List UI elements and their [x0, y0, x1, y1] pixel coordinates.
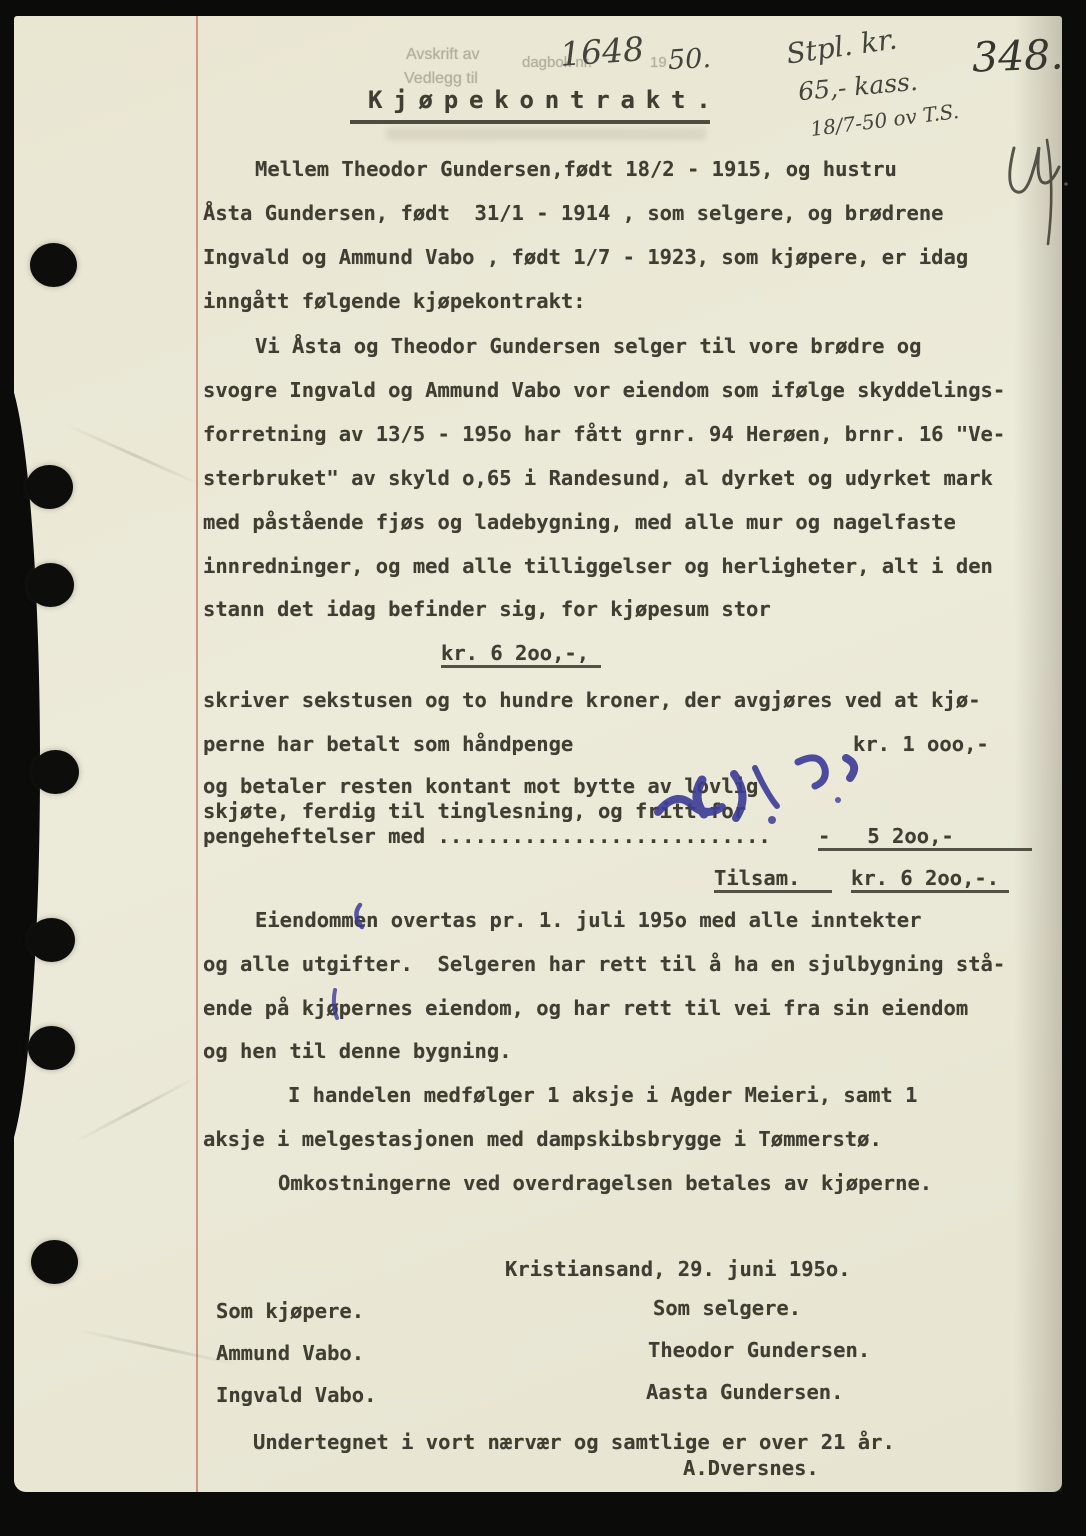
blue-ink-smudge — [348, 902, 370, 930]
body-line: ende på kjøpernes eiendom, og har rett t… — [203, 996, 968, 1020]
body-line: stann det idag befinder sig, for kjøpesu… — [203, 597, 771, 621]
hole-punch — [32, 750, 79, 794]
witness-signature: A.Dversnes. — [683, 1456, 819, 1480]
hole-punch — [28, 1026, 75, 1070]
body-line: aksje i melgestasjonen med dampskibsbryg… — [203, 1127, 882, 1151]
margin-line — [196, 16, 198, 1492]
journal-year-handwritten: 50. — [667, 43, 712, 76]
hole-punch — [28, 918, 75, 962]
hole-punch — [26, 465, 73, 509]
copy-stamp-line1: Avskrift av — [406, 46, 480, 64]
body-line: inngått følgende kjøpekontrakt: — [203, 289, 586, 313]
journal-faint-year: 19 — [650, 54, 667, 71]
total-label: Tilsam. — [714, 866, 832, 893]
sellers-heading: Som selgere. — [653, 1296, 801, 1320]
body-line: og alle utgifter. Selgeren har rett til … — [203, 952, 1005, 976]
purchase-sum: kr. 6 2oo,-, — [441, 641, 601, 668]
body-line: med påstående fjøs og ladebygning, med a… — [203, 510, 956, 534]
paper-crease — [66, 424, 204, 488]
fee-note-line3: 18/7-50 ov T.S. — [809, 99, 960, 141]
document-title: Kjøpekontrakt. — [368, 86, 722, 114]
fee-note-line2: 65,- kass. — [797, 67, 919, 106]
body-line: Mellem Theodor Gundersen,født 18/2 - 191… — [255, 157, 897, 181]
total-amount: kr. 6 2oo,-. — [851, 866, 1009, 893]
witness-statement: Undertegnet i vort nærvær og samtlige er… — [253, 1430, 895, 1454]
body-line: Åsta Gundersen, født 31/1 - 1914 , som s… — [203, 201, 944, 225]
seller-signature-2: Aasta Gundersen. — [646, 1380, 843, 1404]
buyer-signature-1: Ammund Vabo. — [216, 1341, 364, 1365]
body-line: og hen til denne bygning. — [203, 1039, 512, 1063]
body-line: perne har betalt som håndpenge — [203, 732, 573, 756]
hole-punch — [27, 563, 74, 607]
hole-punch — [31, 1240, 78, 1284]
scanned-contract-page: Avskrift av Vedlegg til dagbok nr. 19 16… — [0, 0, 1086, 1536]
body-line: Ingvald og Ammund Vabo , født 1/7 - 1923… — [203, 245, 968, 269]
date-place-line: Kristiansand, 29. juni 195o. — [505, 1257, 851, 1281]
body-line: svogre Ingvald og Ammund Vabo vor eiendo… — [203, 378, 1005, 402]
body-line: Vi Åsta og Theodor Gundersen selger til … — [255, 334, 921, 358]
buyers-heading: Som kjøpere. — [216, 1299, 364, 1323]
seller-signature-1: Theodor Gundersen. — [648, 1338, 870, 1362]
buyer-signature-2: Ingvald Vabo. — [216, 1383, 376, 1407]
body-line: innredninger, og med alle tilliggelser o… — [203, 554, 993, 578]
hole-punch — [30, 243, 77, 287]
journal-number-handwritten: 1648 — [559, 29, 646, 74]
scan-bottom-edge — [0, 1492, 1086, 1536]
body-line: I handelen medfølger 1 aksje i Agder Mei… — [288, 1083, 917, 1107]
body-line: Omkostningerne ved overdragelsen betales… — [278, 1171, 932, 1195]
body-line: sterbruket" av skyld o,65 i Randesund, a… — [203, 466, 993, 490]
title-underline — [350, 120, 710, 124]
page-curl-shadow — [1014, 16, 1062, 1492]
paper-crease — [73, 1075, 198, 1143]
paper-sheet: Avskrift av Vedlegg til dagbok nr. 19 16… — [14, 16, 1062, 1492]
blue-ink-dash — [328, 988, 342, 1020]
fee-note-line1: Stpl. kr. — [784, 22, 899, 70]
ghost-print-smudge — [386, 128, 706, 140]
blue-ink-blot — [650, 748, 880, 840]
body-line: forretning av 13/5 - 195o har fått grnr.… — [203, 422, 1005, 446]
body-line: skriver sekstusen og to hundre kroner, d… — [203, 688, 981, 712]
